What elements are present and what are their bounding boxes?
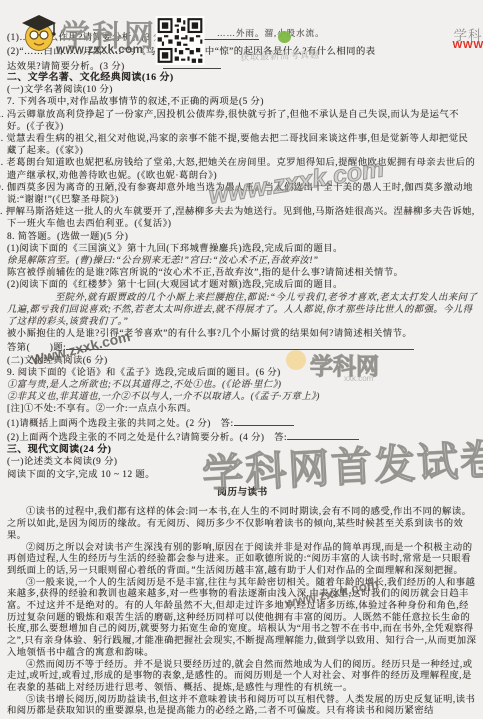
essay-paragraph-3: ③一般来说,一个人的生活阅历是不是丰富,往往与其年龄密切相关。随着年龄的增长,我… bbox=[7, 578, 478, 660]
section-3-heading: 三、现代文阅读(24 分) bbox=[7, 444, 478, 456]
question-7-option-b: B. 觉慧去看生病的祖父,祖父对他说,冯家的亲事不能不提,要他去把二哥找回来谈这… bbox=[7, 133, 478, 157]
question-9-1: (1)请概括上面两个选段主张的共同之处。(2 分) 答: bbox=[7, 416, 478, 430]
question-6-2-text: 达效果?请简要分析。(3 分) bbox=[7, 62, 125, 72]
essay-paragraph-1: ①读书的过程中,我们都有这样的体会:同一本书,在人生的不同时期读,会有不同的感受… bbox=[7, 507, 478, 542]
question-7-option-c: C. 老葛朗台知道欧也妮把私房钱给了堂弟,大怒,把她关在房间里。克罗旭得知后,提… bbox=[7, 157, 478, 181]
question-6-2-line1: (2)“……白山……月出……”与《鸟鸣涧》两句中“惊”的起因各是什么?有什么相同… bbox=[7, 45, 479, 59]
question-9-quote1: ①富与贵,是人之所欲也;不以其道得之,不处①也。(《论语·里仁》) bbox=[7, 379, 478, 391]
question-7-option-e: E. 押解马斯洛娃这一批人的火车就要开了,涅赫柳多夫去为她送行。见到他,马斯洛娃… bbox=[7, 206, 478, 230]
poem-note-fragment: ……外雨。溜,小股水流。 bbox=[217, 26, 325, 40]
essay-paragraph-2: ②阅历之所以会对读书产生深浅有别的影响,原因在于阅读并非是对作品的简单再现,而是… bbox=[7, 543, 478, 578]
qr-code bbox=[155, 16, 205, 65]
section-2-heading: 二、文学名著、文化经典阅读(16 分) bbox=[7, 72, 478, 84]
question-8-answer-line: 答第( )题: bbox=[7, 340, 478, 354]
scanned-exam-page: ……外雨。溜,小股水流。 (1)……什么作用?请简要分析。(3 分) 答: (2… bbox=[0, 0, 483, 719]
section-2-sub2: (二)文化经典阅读(6 分) bbox=[7, 355, 478, 367]
section-3-sub: (一)论述类文本阅读(9 分) bbox=[7, 456, 478, 468]
question-9-note: [注]①不处:不享有。②一介:一点点小东西。 bbox=[7, 403, 478, 415]
question-8-part1-intro: (1)阅读下面的《三国演义》第十九回(下邳城曹操鏖兵)选段,完成后面的题目。 bbox=[7, 243, 478, 255]
question-8-part2-intro: (2)阅读下面的《红楼梦》第十七回(大观园试才题对额)选段,完成后面的题目。 bbox=[7, 279, 478, 291]
essay-paragraph-4: ④然而阅历不等于经历。并不是说只要经历过的,就会自然而然地成为人们的阅历。经历只… bbox=[7, 660, 478, 695]
question-9-quote2: ②非其义也,非其道也,一介②不以与人,一介不以取诸人。(《孟子·万章上》) bbox=[7, 391, 478, 403]
question-6-block: ……外雨。溜,小股水流。 (1)……什么作用?请简要分析。(3 分) 答: (2… bbox=[7, 30, 479, 74]
section-2-sub1: (一)文学名著阅读(10 分) bbox=[7, 84, 478, 96]
section-3-intro: 阅读下面的文字,完成 10 ~ 12 题。 bbox=[7, 469, 478, 481]
answer-blank bbox=[234, 416, 294, 426]
question-7-option-d: D. 伽西莫多因为离奇的丑陋,没有参赛却意外地当选为愚人王。当人们选出十全十美的… bbox=[7, 182, 478, 206]
essay: 阅历与读书 ①读书的过程中,我们都有这样的体会:同一本书,在人生的不同时期读,会… bbox=[7, 487, 478, 718]
question-8-part2-quote: 至院外,就有跟贾政的几个小厮上来拦腰抱住,都说:“今儿亏我们,老爷才喜欢,老太太… bbox=[7, 292, 478, 329]
question-9-stem: 9. 阅读下面的《论语》和《孟子》选段,完成后面的题目。(6 分) bbox=[7, 367, 478, 379]
question-9-2-text: (2)上面两个选段主张的不同之处是什么?请简要分析。(4 分) 答: bbox=[7, 433, 287, 443]
question-8-answer-label: 答第( )题: bbox=[7, 343, 66, 353]
question-8-part1-quote: 徐晃解陈宫至。(曹)操曰:“公台别来无恙!”宫曰:“汝心术不正,吾故弃汝!” bbox=[7, 255, 478, 267]
question-8-stem: 8. 简答题。(选做一题)(5 分) bbox=[7, 231, 478, 243]
question-8-part1-question: 陈宫被俘前辅佐的是谁?陈宫所说的“汝心术不正,吾故弃汝”,指的是什么事?请简述相… bbox=[7, 267, 478, 279]
question-8-part2-question: 被小厮抱住的人是谁?引得“老爷喜欢”的有什么事?几个小厮讨赏的结果如何?请简述相… bbox=[7, 328, 478, 340]
essay-paragraph-5: ⑤读书增长阅历,阅历助益读书,但这并不意味着读书和阅历可以互相代替。人类发展的历… bbox=[7, 695, 478, 718]
question-7-option-a: A. 冯云卿靠放高利贷挣起了一份家产,因投机公债库券,很快就亏折了,但他不承认是… bbox=[7, 109, 478, 133]
answer-blank bbox=[287, 430, 359, 440]
essay-title: 阅历与读书 bbox=[7, 487, 478, 499]
question-9-1-text: (1)请概括上面两个选段主张的共同之处。(2 分) 答: bbox=[7, 419, 234, 429]
question-9-2: (2)上面两个选段主张的不同之处是什么?请简要分析。(4 分) 答: bbox=[7, 430, 478, 444]
answer-blank bbox=[66, 340, 414, 350]
question-7-stem: 7. 下列各项中,对作品故事情节的叙述,不正确的两项是(5 分) bbox=[7, 96, 478, 108]
exam-body: 二、文学名著、文化经典阅读(16 分) (一)文学名著阅读(10 分) 7. 下… bbox=[7, 72, 478, 718]
